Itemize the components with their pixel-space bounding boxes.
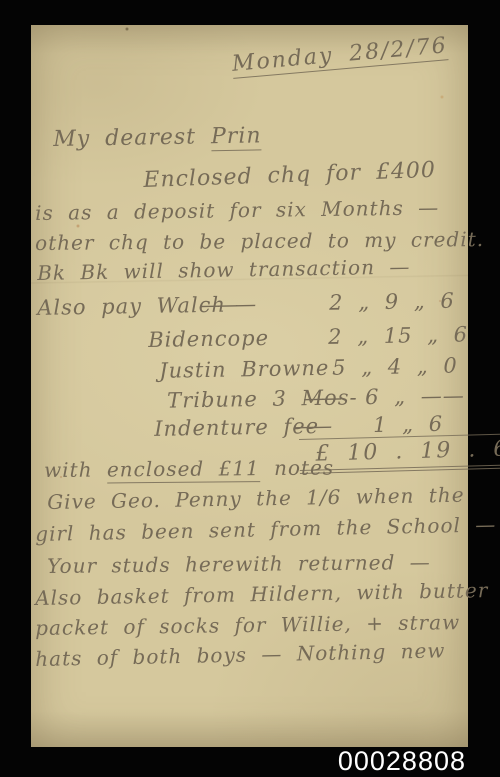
account-leader: ———	[199, 292, 253, 317]
letter-line: Your studs herewith returned —	[47, 550, 431, 578]
account-label: Bidencope	[148, 326, 269, 352]
date-text: Monday 28/2/76	[231, 33, 449, 79]
account-amount: 2 „ 15 „ 6	[328, 322, 468, 348]
letter-line: Enclosed chq for £400	[143, 158, 436, 193]
account-amount: 6 „ ——	[365, 383, 465, 409]
letter-line: Give Geo. Penny the 1/6 when the	[47, 483, 465, 514]
account-row: Also pay Walch ——— 2 „ 9 „ 6	[31, 288, 468, 326]
salutation-name: Prin	[211, 123, 262, 151]
letter-line: girl has been sent from the School —	[35, 512, 496, 546]
enclosed-note: with enclosed £11 notes	[44, 455, 334, 482]
letter-line: Bk Bk will show transaction —	[37, 254, 411, 285]
salutation: My dearest Prin	[53, 123, 262, 152]
letter-line: other chq to be placed to my credit.	[35, 227, 484, 255]
account-leader: ——	[293, 414, 329, 439]
letter-line: is as a deposit for six Months —	[35, 195, 439, 225]
account-amount: 2 „ 9 „ 6	[329, 289, 455, 315]
date-line: Monday 28/2/76	[231, 33, 449, 77]
account-amount: 1 „ 6	[373, 412, 443, 437]
photo-backdrop: Monday 28/2/76 My dearest Prin Enclosed …	[0, 0, 500, 777]
account-label: Justin Browne	[159, 356, 330, 383]
account-amount: 5 „ 4 „ 0	[332, 354, 458, 380]
enclosed-pre: with	[44, 457, 107, 482]
letter-paper: Monday 28/2/76 My dearest Prin Enclosed …	[31, 25, 468, 747]
account-label: Also pay Walch	[37, 293, 226, 320]
enclosed-underlined: enclosed £11	[107, 456, 260, 483]
enclosed-post: notes	[260, 455, 335, 480]
salutation-pre: My dearest	[53, 124, 211, 152]
letter-line: Also basket from Hildern, with butter	[35, 578, 489, 610]
letter-line: hats of both boys — Nothing new	[35, 638, 446, 671]
catalog-number: 00028808	[338, 748, 466, 775]
letter-line: packet of socks for Willie, + straw	[35, 610, 460, 640]
account-leader: ——	[303, 386, 339, 411]
